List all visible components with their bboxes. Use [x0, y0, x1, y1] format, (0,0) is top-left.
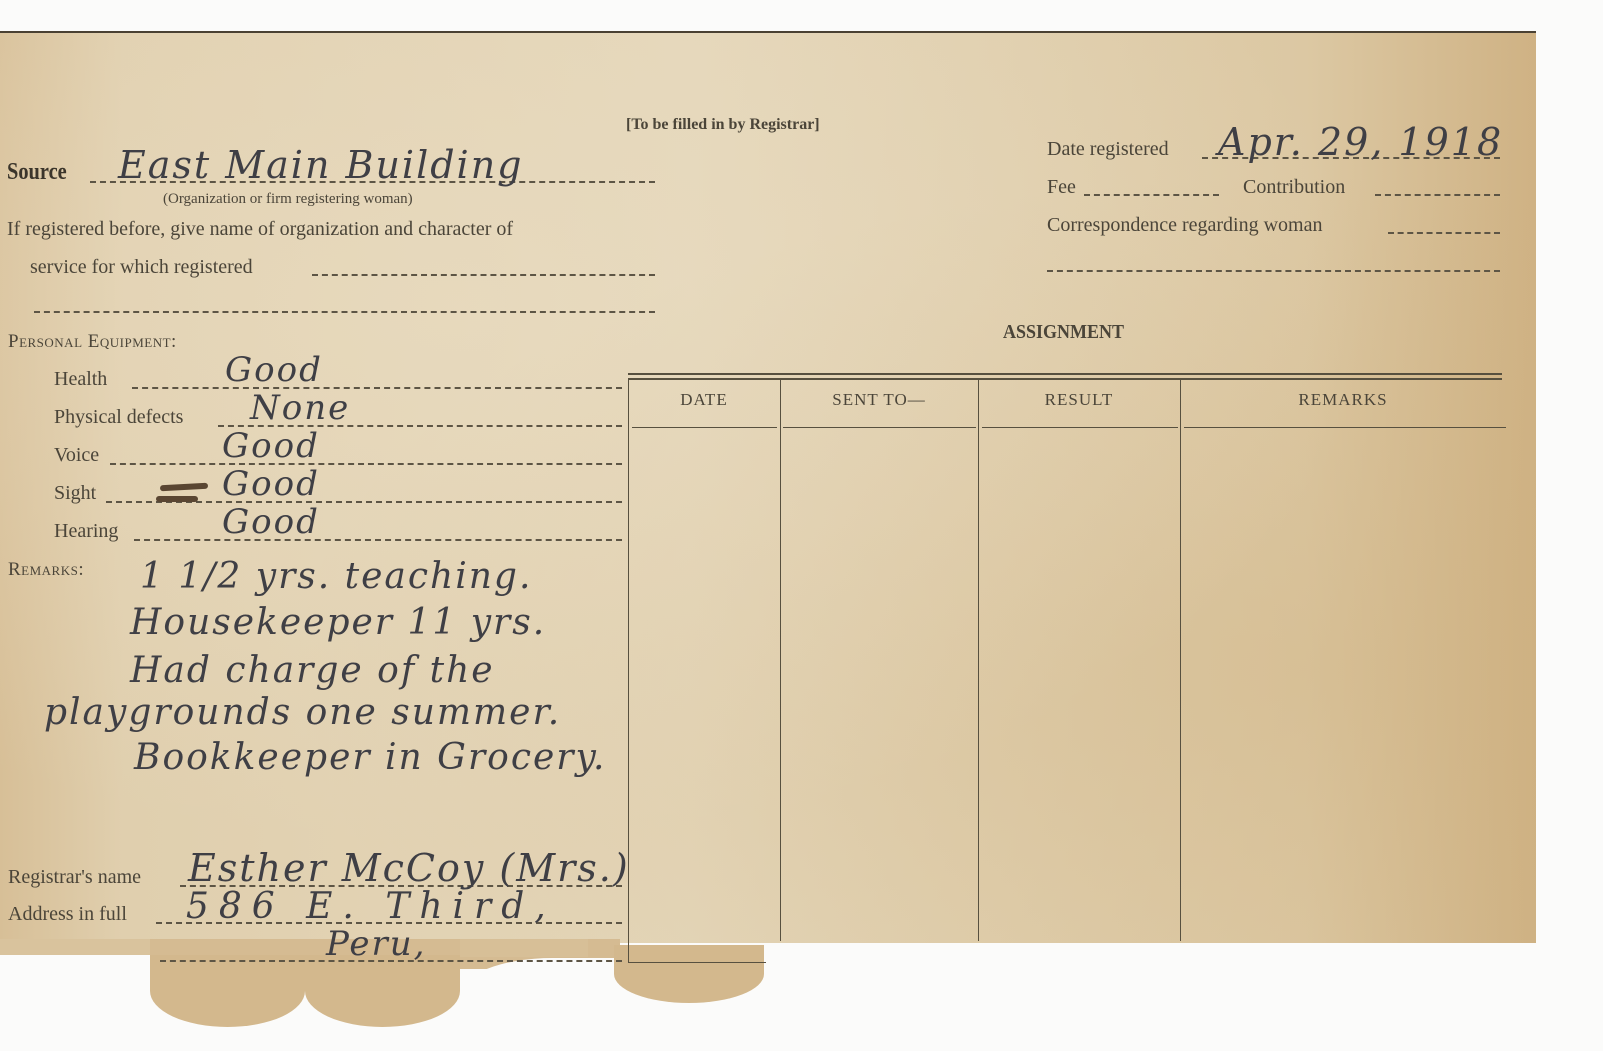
- source-value[interactable]: East Main Building: [118, 143, 524, 187]
- card-tab: [150, 955, 305, 1027]
- remarks-line[interactable]: Had charge of the: [130, 650, 495, 691]
- physical-defects-label: Physical defects: [54, 406, 183, 429]
- remarks-line[interactable]: Housekeeper 11 yrs.: [130, 602, 546, 643]
- correspondence-line-2[interactable]: [1047, 270, 1500, 272]
- registered-before-text-2: service for which registered: [30, 256, 253, 279]
- registrar-note: [To be filled in by Registrar]: [626, 116, 820, 134]
- fee-label: Fee: [1047, 176, 1076, 199]
- sight-label: Sight: [54, 482, 96, 505]
- card-tab: [614, 945, 764, 1003]
- card-tab: [305, 955, 460, 1027]
- voice-line: [110, 463, 622, 465]
- address-value-2[interactable]: Peru,: [326, 924, 426, 964]
- header-underline: [632, 427, 777, 428]
- voice-value[interactable]: Good: [222, 426, 320, 466]
- header-underline: [982, 427, 1178, 428]
- voice-label: Voice: [54, 444, 99, 467]
- source-label: Source: [7, 159, 67, 186]
- source-caption: (Organization or firm registering woman): [163, 191, 413, 208]
- remarks-line[interactable]: 1 1/2 yrs. teaching.: [140, 556, 532, 597]
- hearing-value[interactable]: Good: [222, 502, 320, 542]
- physical-defects-value[interactable]: None: [250, 388, 350, 428]
- registered-before-line-2[interactable]: [34, 311, 655, 313]
- registrar-name-value[interactable]: Esther McCoy (Mrs.): [188, 846, 630, 890]
- table-bottom-rule: [628, 962, 766, 963]
- fee-line[interactable]: [1084, 194, 1219, 196]
- header-underline: [1184, 427, 1506, 428]
- card-lower-strip: [460, 939, 588, 957]
- remarks-label: Remarks:: [8, 559, 84, 581]
- date-registered-value[interactable]: Apr. 29, 1918: [1218, 120, 1503, 164]
- remarks-line[interactable]: playgrounds one summer.: [44, 692, 561, 733]
- column-header-remarks: REMARKS: [1180, 390, 1506, 410]
- contribution-line[interactable]: [1375, 194, 1500, 196]
- health-line: [132, 387, 622, 389]
- registered-before-line[interactable]: [312, 274, 655, 276]
- address-label: Address in full: [8, 903, 127, 926]
- contribution-label: Contribution: [1243, 176, 1345, 199]
- health-label: Health: [54, 368, 107, 391]
- address-value-1[interactable]: 586 E. Third,: [186, 886, 556, 927]
- header-underline: [783, 427, 976, 428]
- remarks-line[interactable]: Bookkeeper in Grocery.: [134, 737, 607, 778]
- assignment-title: ASSIGNMENT: [1003, 321, 1124, 344]
- health-value[interactable]: Good: [225, 350, 323, 390]
- hearing-line: [134, 539, 622, 541]
- table-top-rule: [628, 378, 1502, 380]
- result-column-cells[interactable]: [979, 429, 1180, 939]
- column-header-date: DATE: [628, 390, 780, 410]
- hearing-label: Hearing: [54, 520, 118, 543]
- registrar-name-label: Registrar's name: [8, 866, 141, 889]
- date-registered-label: Date registered: [1047, 138, 1169, 161]
- table-top-rule: [628, 373, 1502, 375]
- correspondence-line[interactable]: [1388, 232, 1500, 234]
- remarks-column-cells[interactable]: [1181, 429, 1506, 939]
- date-column-cells[interactable]: [629, 429, 780, 939]
- sent-to-column-cells[interactable]: [781, 429, 978, 939]
- correspondence-label: Correspondence regarding woman: [1047, 214, 1322, 237]
- column-header-sent-to: SENT TO—: [780, 390, 978, 410]
- registered-before-text: If registered before, give name of organ…: [7, 218, 513, 241]
- column-header-result: RESULT: [978, 390, 1180, 410]
- sight-value[interactable]: Good: [222, 464, 320, 504]
- ink-mark: [156, 496, 198, 502]
- personal-equipment-heading: Personal Equipment:: [8, 331, 177, 353]
